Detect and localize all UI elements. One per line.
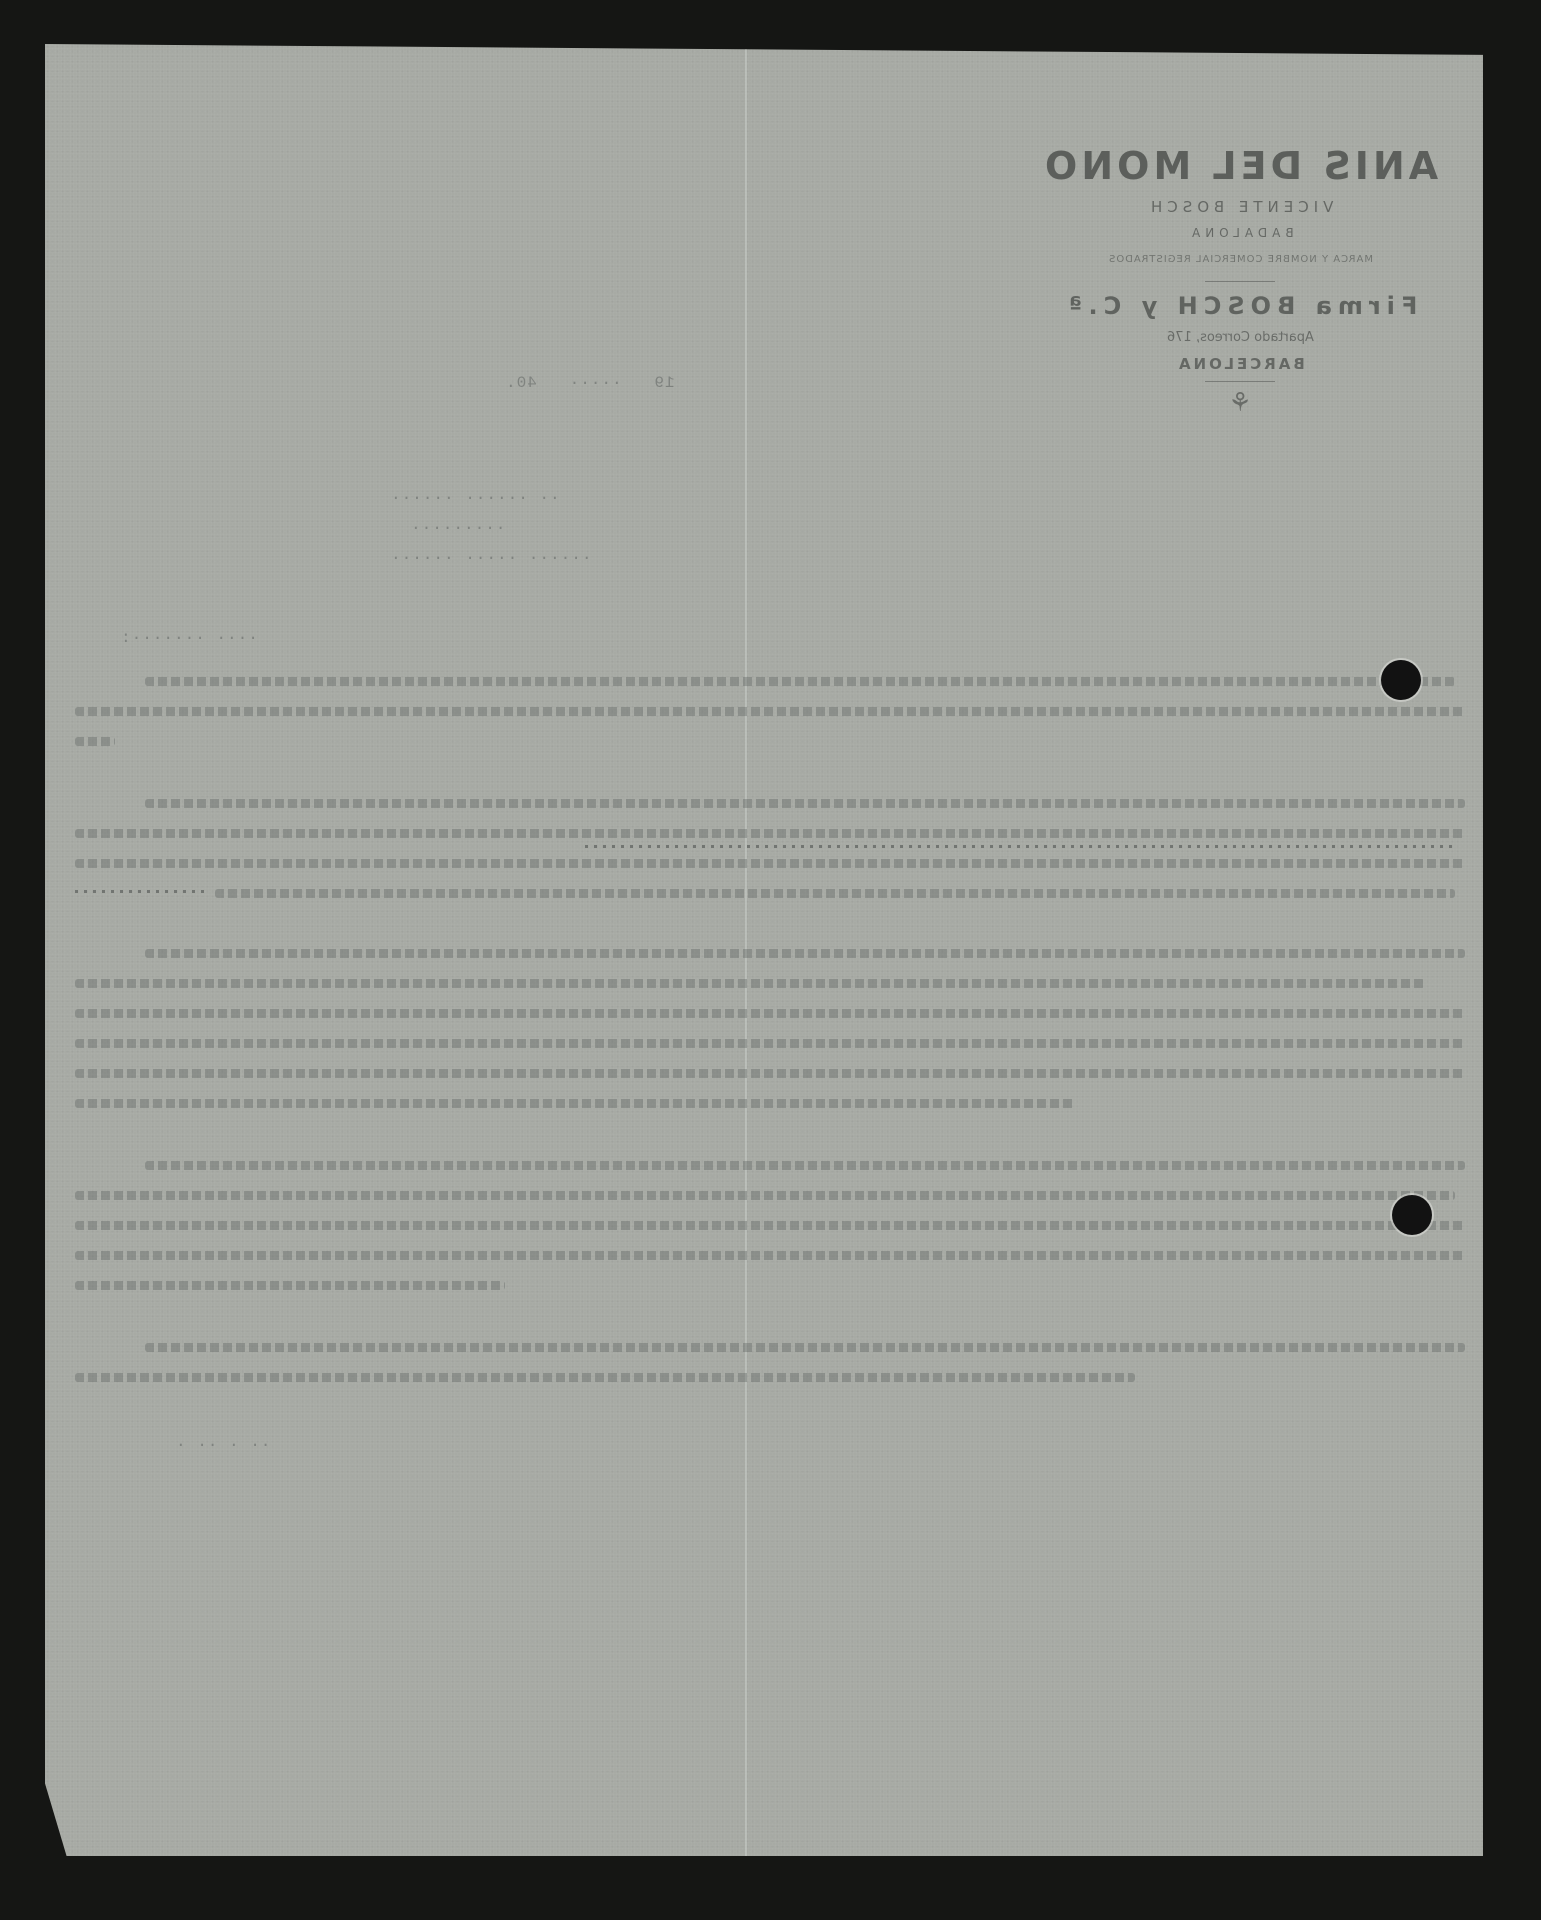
recipient-line: ······ ····· ······ bbox=[390, 549, 591, 567]
city-barcelona: BARCELONA bbox=[1176, 355, 1305, 373]
body-text-line bbox=[75, 1373, 1135, 1382]
body-text-line bbox=[145, 799, 1465, 808]
logo-mark-icon: ⚘ bbox=[1005, 388, 1475, 418]
dotted-leader bbox=[585, 845, 1455, 848]
body-text-line bbox=[75, 1009, 1465, 1018]
body-text-line bbox=[75, 1099, 1075, 1108]
body-text-line bbox=[75, 1191, 1455, 1200]
body-text-line bbox=[75, 859, 1465, 868]
owner-name: VICENTE BOSCH bbox=[1146, 198, 1333, 216]
brand-name: ANIS DEL MONO bbox=[1041, 144, 1438, 188]
recipient-line: ········· bbox=[410, 519, 505, 537]
body-text-line bbox=[145, 677, 1455, 686]
registered-mark: MARCA Y NOMBRE COMERCIAL REGISTRADOS bbox=[1108, 254, 1373, 265]
closing-line: ·· · ·· · bbox=[175, 1436, 270, 1454]
salutation: ···· ·······: bbox=[120, 629, 258, 647]
body-text-line bbox=[145, 1343, 1465, 1352]
body-text-line bbox=[145, 1161, 1465, 1170]
body-text-line bbox=[215, 889, 1455, 898]
divider bbox=[1205, 281, 1275, 282]
body-text-line bbox=[75, 979, 1425, 988]
body-text-line bbox=[75, 707, 1465, 716]
body-text-line bbox=[75, 1221, 1465, 1230]
recipient-line: ·· ······ ······ bbox=[390, 489, 560, 507]
body-text-line bbox=[145, 949, 1465, 958]
punch-hole bbox=[1392, 1195, 1432, 1235]
body-text-line bbox=[75, 1251, 1465, 1260]
body-text-line bbox=[75, 1069, 1465, 1078]
letterhead: ANIS DEL MONO VICENTE BOSCH BADALONA MAR… bbox=[1005, 144, 1475, 418]
date-line: 19 ····· 40. bbox=[505, 374, 675, 392]
body-text-line bbox=[75, 829, 1465, 838]
paper-sheet: ANIS DEL MONO VICENTE BOSCH BADALONA MAR… bbox=[45, 44, 1483, 1856]
body-text-line bbox=[75, 737, 115, 746]
body-text-line bbox=[75, 1039, 1465, 1048]
postal-address: Apartado Correos, 176 bbox=[1167, 330, 1314, 345]
body-text-line bbox=[75, 1281, 505, 1290]
city-badalona: BADALONA bbox=[1187, 226, 1294, 240]
punch-hole bbox=[1381, 660, 1421, 700]
divider bbox=[1205, 381, 1275, 382]
dotted-leader bbox=[75, 890, 205, 893]
firm-name: Firma BOSCH y C.ª bbox=[1063, 292, 1417, 320]
